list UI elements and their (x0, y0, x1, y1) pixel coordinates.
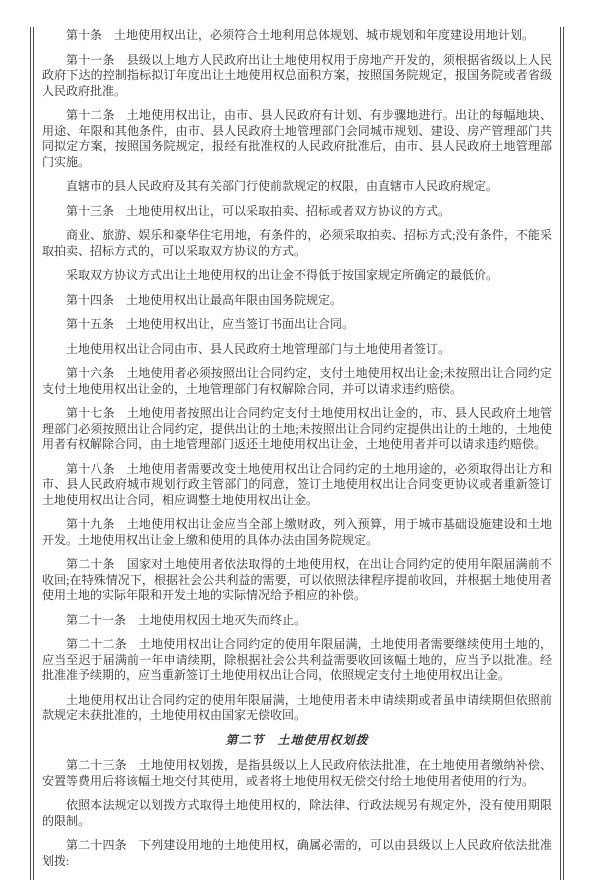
article-paragraph: 第十九条 土地使用权出让金应当全部上缴财政，列入预算，用于城市基础设施建设和土地… (42, 517, 552, 548)
article-paragraph: 第二十三条 土地使用权划拨，是指县级以上人民政府依法批准，在土地使用者缴纳补偿、… (42, 758, 552, 789)
article-paragraph: 第十三条 土地使用权出让，可以采取拍卖、招标或者双方协议的方式。 (42, 204, 552, 220)
text-frame: 第十条 土地使用权出让，必须符合土地利用总体规划、城市规划和年度建设用地计划。第… (30, 27, 564, 880)
article-paragraph: 第十八条 土地使用者需要改变土地使用权出让合同约定的土地用途的，必须取得出让方和… (42, 462, 552, 509)
section-heading: 第二节 土地使用权划拨 (42, 733, 552, 749)
paragraph: 直辖市的县人民政府及其有关部门行使前款规定的权限，由直辖市人民政府规定。 (42, 179, 552, 195)
article-paragraph: 第二十一条 土地使用权因土地灭失而终止。 (42, 613, 552, 629)
paragraph: 商业、旅游、娱乐和豪华住宅用地，有条件的，必须采取拍卖、招标方式;没有条件，不能… (42, 228, 552, 259)
document-body: 第十条 土地使用权出让，必须符合土地利用总体规划、城市规划和年度建设用地计划。第… (42, 28, 552, 869)
article-paragraph: 第十条 土地使用权出让，必须符合土地利用总体规划、城市规划和年度建设用地计划。 (42, 28, 552, 44)
article-paragraph: 第十一条 县级以上地方人民政府出让土地使用权用于房地产开发的，须根据省级以上人民… (42, 53, 552, 100)
article-paragraph: 第二十四条 下列建设用地的土地使用权，确属必需的，可以由县级以上人民政府依法批准… (42, 838, 552, 869)
paragraph: 土地使用权出让合同约定的使用年限届满，土地使用者未申请续期或者虽申请续期但依照前… (42, 693, 552, 724)
article-paragraph: 第十五条 土地使用权出让，应当签订书面出让合同。 (42, 317, 552, 333)
article-paragraph: 第十二条 土地使用权出让，由市、县人民政府有计划、有步骤地进行。出让的每幅地块、… (42, 108, 552, 170)
article-paragraph: 第二十条 国家对土地使用者依法取得的土地使用权，在出让合同约定的使用年限届满前不… (42, 557, 552, 604)
article-paragraph: 第十四条 土地使用权出让最高年限由国务院规定。 (42, 293, 552, 309)
article-paragraph: 第十六条 土地使用者必须按照出让合同约定，支付土地使用权出让金;未按照出让合同约… (42, 366, 552, 397)
article-paragraph: 第二十二条 土地使用权出让合同约定的使用年限届满，土地使用者需要继续使用土地的，… (42, 637, 552, 684)
document-page: { "page": { "background": "#ffffff", "te… (0, 0, 594, 841)
article-paragraph: 第十七条 土地使用者按照出让合同约定支付土地使用权出让金的，市、县人民政府土地管… (42, 406, 552, 453)
paragraph: 土地使用权出让合同由市、县人民政府土地管理部门与土地使用者签订。 (42, 342, 552, 358)
paragraph: 采取双方协议方式出让土地使用权的出让金不得低于按国家规定所确定的最低价。 (42, 268, 552, 284)
paragraph: 依照本法规定以划拨方式取得土地使用权的，除法律、行政法规另有规定外，没有使用期限… (42, 798, 552, 829)
